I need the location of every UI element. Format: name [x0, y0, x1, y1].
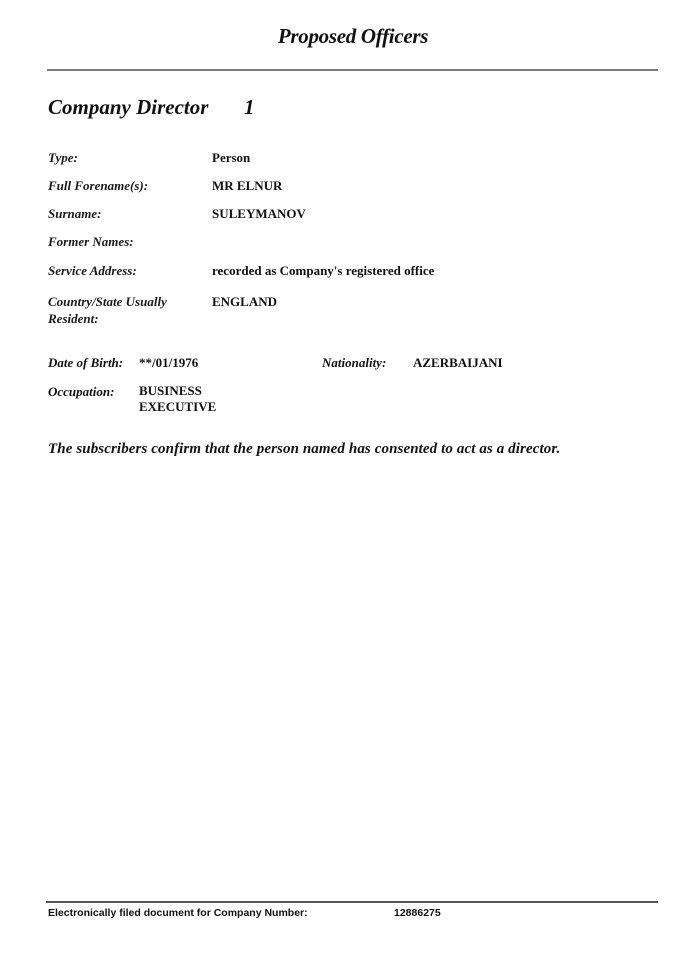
date-of-birth-value: **/01/1976 — [139, 354, 198, 371]
nationality-value: AZERBAIJANI — [413, 354, 503, 371]
company-number: 12886275 — [394, 907, 441, 919]
country-resident-value: ENGLAND — [212, 293, 277, 310]
nationality-label: Nationality: — [322, 354, 386, 371]
header-divider — [47, 69, 658, 71]
section-number: 1 — [244, 95, 255, 120]
date-of-birth-label: Date of Birth: — [48, 354, 123, 371]
occupation-label: Occupation: — [48, 383, 114, 400]
page-title: Proposed Officers — [0, 24, 700, 49]
surname-value: SULEYMANOV — [212, 205, 306, 222]
type-value: Person — [212, 149, 250, 166]
footer-label: Electronically filed document for Compan… — [48, 907, 308, 919]
country-resident-label: Country/State Usually Resident: — [48, 293, 198, 327]
consent-statement: The subscribers confirm that the person … — [48, 441, 560, 458]
service-address-label: Service Address: — [48, 262, 137, 279]
occupation-value: BUSINESS EXECUTIVE — [139, 383, 239, 415]
service-address-value: recorded as Company's registered office — [212, 262, 434, 279]
forename-label: Full Forename(s): — [48, 177, 148, 194]
section-heading: Company Director — [48, 95, 208, 120]
surname-label: Surname: — [48, 205, 101, 222]
former-names-label: Former Names: — [48, 233, 134, 250]
footer-divider — [46, 901, 658, 903]
forename-value: MR ELNUR — [212, 177, 282, 194]
type-label: Type: — [48, 149, 78, 166]
